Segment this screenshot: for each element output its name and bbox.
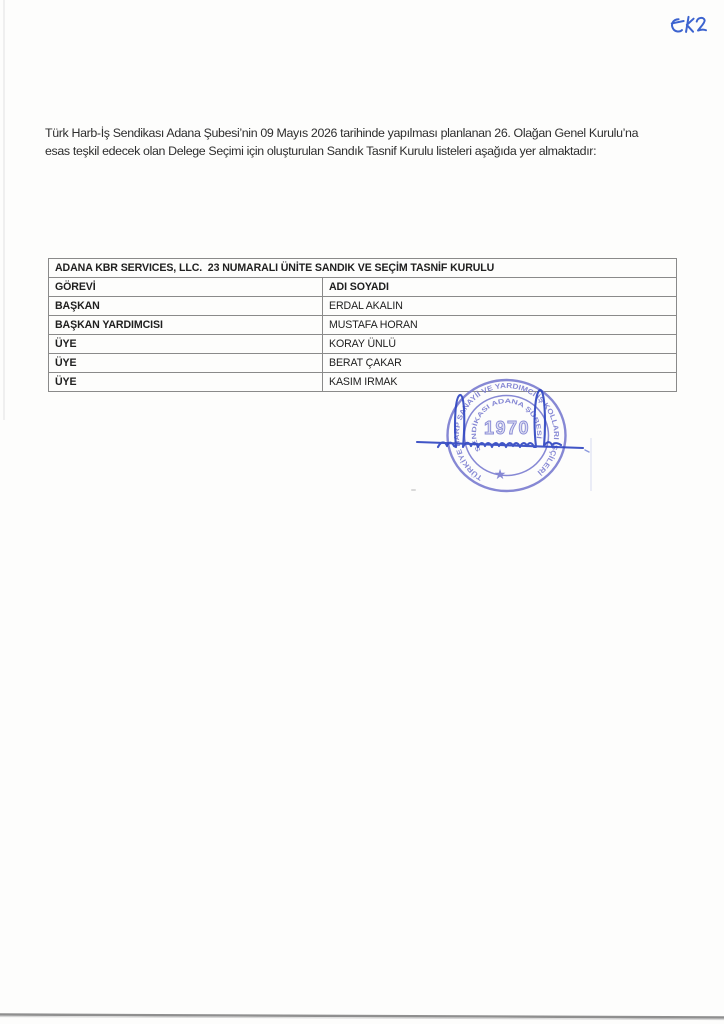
stamp-year: 1970 [484, 418, 530, 438]
cell-ad: KORAY ÜNLÜ [323, 335, 677, 354]
intro-line-2: esas teşkil edecek olan Delege Seçimi iç… [45, 143, 638, 161]
handwriting-ek2-icon [644, 7, 724, 55]
scan-speck [411, 489, 416, 491]
table-title-row: ADANA KBR SERVICES, LLC. 23 NUMARALI ÜNİ… [49, 259, 677, 278]
intro-paragraph: Türk Harb-İş Sendikası Adana Şubesi’nin … [45, 125, 638, 160]
cell-gorev: ÜYE [49, 335, 323, 354]
handwritten-annotation: EK 2 [644, 7, 724, 55]
cell-gorev: ÜYE [49, 373, 323, 392]
col-header-adi-soyadi: ADI SOYADI [323, 278, 677, 297]
cell-gorev: BAŞKAN YARDIMCISI [49, 316, 323, 335]
stamp-and-signature: TÜRKİYE HARP SANAYİİ VE YARDIMCI İŞ KOLL… [400, 365, 600, 510]
table-row: BAŞKAN ERDAL AKALIN [49, 297, 677, 316]
star-icon: ★ [494, 467, 507, 483]
table-row: BAŞKAN YARDIMCISI MUSTAFA HORAN [49, 316, 677, 335]
cell-ad: ERDAL AKALIN [323, 297, 677, 316]
table-row: ÜYE KORAY ÜNLÜ [49, 335, 677, 354]
document-page: EK 2 Türk Harb-İş Sendikası Adana Şubesi… [0, 0, 724, 1024]
table-title: ADANA KBR SERVICES, LLC. 23 NUMARALI ÜNİ… [49, 259, 677, 278]
scan-edge-artifact-left [3, 0, 5, 420]
col-header-gorevi: GÖREVİ [49, 278, 323, 297]
cell-gorev: BAŞKAN [49, 297, 323, 316]
cell-gorev: ÜYE [49, 354, 323, 373]
cell-ad: MUSTAFA HORAN [323, 316, 677, 335]
intro-line-1: Türk Harb-İş Sendikası Adana Şubesi’nin … [45, 125, 638, 143]
table-header-row: GÖREVİ ADI SOYADI [49, 278, 677, 297]
union-stamp-icon: TÜRKİYE HARP SANAYİİ VE YARDIMCI İŞ KOLL… [400, 365, 600, 510]
scan-edge-bottom [0, 1006, 724, 1024]
